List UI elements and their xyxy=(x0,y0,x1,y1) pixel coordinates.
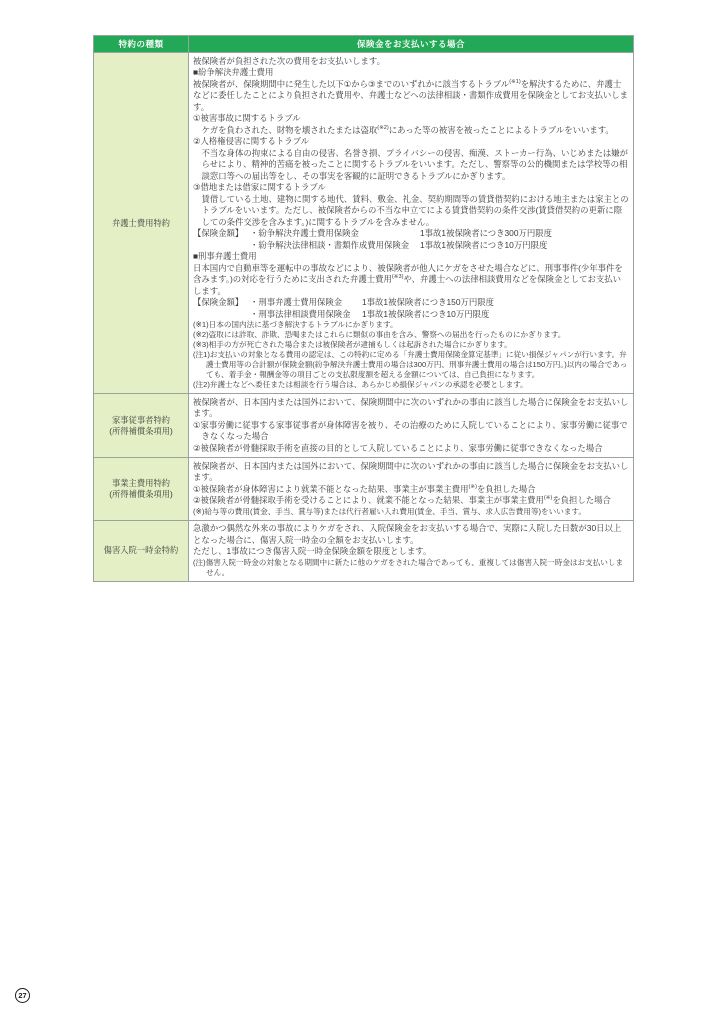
text-segment: ・紛争解決法律相談・書類作成費用保険金 xyxy=(250,240,420,252)
text-line: (注)傷害入院一時金の対象となる期間中に新たに他のケガをされた場合であっても、重… xyxy=(193,558,629,578)
text-line: (※)給与等の費用(賃金、手当、賞与等)または代行者雇い入れ費用(賃金、手当、賞… xyxy=(193,507,629,517)
text-line: ■紛争解決弁護士費用 xyxy=(193,67,629,79)
text-line: (※3)相手の方が死亡された場合または被保険者が逮捕もしくは起訴された場合にかぎ… xyxy=(193,340,629,350)
text-segment: ■紛争解決弁護士費用 xyxy=(193,67,273,77)
text-line: (注1)お支払いの対象となる費用の認定は、この特約に定める「弁護士費用保険金算定… xyxy=(193,350,629,380)
table-row: 事業主費用特約(所得補償条項用)被保険者が、日本国内または国外において、保険期間… xyxy=(94,458,634,521)
text-line: 【保険金額】・紛争解決弁護士費用保険金1事故1被保険者につき300万円限度 xyxy=(193,228,629,240)
text-line: ②人格権侵害に関するトラブル xyxy=(193,136,629,148)
table-row: 弁護士費用特約被保険者が負担された次の費用をお支払いします。■紛争解決弁護士費用… xyxy=(94,53,634,394)
text-line: 急激かつ偶然な外来の事故によりケガをされ、入院保険金をお支払いする場合で、実際に… xyxy=(193,523,629,546)
text-segment: (注)傷害入院一時金の対象となる期間中に新たに他のケガをされた場合であっても、重… xyxy=(193,558,623,577)
superscript-ref: (※2) xyxy=(377,125,389,131)
text-line: (※2)盗取には詐取、詐欺、恐喝またはこれらに類似の事由を含み、警察への届出を行… xyxy=(193,330,629,340)
text-segment: 【保険金額】 xyxy=(193,297,250,309)
text-segment: ・紛争解決弁護士費用保険金 xyxy=(250,228,420,240)
text-line: ②被保険者が骨髄採取手術を受けることにより、就業不能となった結果、事業主が事業主… xyxy=(193,495,629,507)
text-line: ケガを負わされた、財物を壊されたまたは盗取(※2)にあった等の被害を被ったことに… xyxy=(193,125,629,137)
header-rider-type: 特約の種類 xyxy=(94,36,189,53)
page-number-badge: 27 xyxy=(15,988,30,1003)
text-segment: 不当な身体の拘束による自由の侵害、名誉き損、プライバシーの侵害、痴漢、ストーカー… xyxy=(202,148,629,181)
text-line: 被保険者が、保険期間中に発生した以下①から③までのいずれかに該当するトラブル(※… xyxy=(193,79,629,114)
text-segment: ③借地または借家に関するトラブル xyxy=(193,182,326,192)
superscript-ref: (※3) xyxy=(392,274,404,280)
text-segment: ②被保険者が骨髄採取手術を直接の目的として入院していることにより、家事労働に従事… xyxy=(193,443,603,453)
text-line: 【保険金額】・刑事弁護士費用保険金1事故1被保険者につき150万円限度 xyxy=(193,297,629,309)
text-line: ②被保険者が骨髄採取手術を直接の目的として入院していることにより、家事労働に従事… xyxy=(193,443,629,455)
text-segment: 1事故1被保険者につき300万円限度 xyxy=(420,228,552,238)
superscript-ref: (※1) xyxy=(509,79,521,85)
text-segment: ①被害事故に関するトラブル xyxy=(193,113,301,123)
text-segment: 被保険者が負担された次の費用をお支払いします。 xyxy=(193,56,385,66)
text-line: 不当な身体の拘束による自由の侵害、名誉き損、プライバシーの侵害、痴漢、ストーカー… xyxy=(193,148,629,183)
rider-type-cell: 傷害入院一時金特約 xyxy=(94,520,189,581)
payment-case-cell: 被保険者が負担された次の費用をお支払いします。■紛争解決弁護士費用被保険者が、保… xyxy=(189,53,634,394)
text-line: ・刑事法律相談費用保険金1事故1被保険者につき10万円限度 xyxy=(193,309,629,321)
text-segment: 賃借している土地、建物に関する地代、賃料、敷金、礼金、契約期間等の賃貸借契約にお… xyxy=(202,194,629,227)
text-line: (※1)日本の国内法に基づき解決するトラブルにかぎります。 xyxy=(193,320,629,330)
text-segment: ただし、1事故につき傷害入院一時金保険金額を限度とします。 xyxy=(193,546,431,556)
text-segment: ■刑事弁護士費用 xyxy=(193,251,257,261)
text-line: 日本国内で自動車等を運転中の事故などにより、被保険者が他人にケガをさせた場合など… xyxy=(193,263,629,298)
text-segment: (※1)日本の国内法に基づき解決するトラブルにかぎります。 xyxy=(193,320,398,329)
text-segment: (注2)弁護士などへ委任または相談を行う場合は、あらかじめ損保ジャパンの承認を必… xyxy=(193,380,528,389)
text-line: 被保険者が、日本国内または国外において、保険期間中に次のいずれかの事由に該当した… xyxy=(193,397,629,420)
text-segment: 1事故1被保険者につき10万円限度 xyxy=(420,240,547,250)
header-row: 特約の種類 保険金をお支払いする場合 xyxy=(94,36,634,53)
text-segment: (※2)盗取には詐取、詐欺、恐喝またはこれらに類似の事由を含み、警察への届出を行… xyxy=(193,330,565,339)
rider-type-cell: 事業主費用特約(所得補償条項用) xyxy=(94,458,189,521)
rider-type-cell: 家事従事者特約(所得補償条項用) xyxy=(94,394,189,458)
text-segment: ①家事労働に従事する家事従事者が身体障害を被り、その治療のために入院していること… xyxy=(193,420,628,442)
text-segment: 【保険金額】 xyxy=(193,228,250,240)
text-segment: ①被保険者が身体障害により就業不能となった結果、事業主が事業主費用 xyxy=(193,484,469,494)
table-body: 弁護士費用特約被保険者が負担された次の費用をお支払いします。■紛争解決弁護士費用… xyxy=(94,53,634,582)
payment-case-cell: 被保険者が、日本国内または国外において、保険期間中に次のいずれかの事由に該当した… xyxy=(189,458,634,521)
superscript-ref: (※) xyxy=(469,484,477,490)
rider-benefits-table: 特約の種類 保険金をお支払いする場合 弁護士費用特約被保険者が負担された次の費用… xyxy=(93,35,634,582)
text-line: ③借地または借家に関するトラブル xyxy=(193,182,629,194)
text-segment: 1事故1被保険者につき150万円限度 xyxy=(362,297,494,307)
text-line: ①被保険者が身体障害により就業不能となった結果、事業主が事業主費用(※)を負担し… xyxy=(193,484,629,496)
rider-type-label: 弁護士費用特約 xyxy=(95,218,187,229)
text-line: ただし、1事故につき傷害入院一時金保険金額を限度とします。 xyxy=(193,546,629,558)
text-segment: 被保険者が、日本国内または国外において、保険期間中に次のいずれかの事由に該当した… xyxy=(193,461,628,483)
text-segment: ケガを負わされた、財物を壊されたまたは盗取 xyxy=(202,125,378,135)
rider-type-label: (所得補償条項用) xyxy=(95,426,187,437)
rider-type-label: (所得補償条項用) xyxy=(95,489,187,500)
text-segment: ②被保険者が骨髄採取手術を受けることにより、就業不能となった結果、事業主が事業主… xyxy=(193,495,544,505)
text-line: 被保険者が、日本国内または国外において、保険期間中に次のいずれかの事由に該当した… xyxy=(193,461,629,484)
rider-type-cell: 弁護士費用特約 xyxy=(94,53,189,394)
text-segment: (※3)相手の方が死亡された場合または被保険者が逮捕もしくは起訴された場合にかぎ… xyxy=(193,340,512,349)
text-line: ①被害事故に関するトラブル xyxy=(193,113,629,125)
text-segment: (※)給与等の費用(賃金、手当、賞与等)または代行者雇い入れ費用(賃金、手当、賞… xyxy=(193,507,586,516)
table-row: 家事従事者特約(所得補償条項用)被保険者が、日本国内または国外において、保険期間… xyxy=(94,394,634,458)
text-line: 賃借している土地、建物に関する地代、賃料、敷金、礼金、契約期間等の賃貸借契約にお… xyxy=(193,194,629,229)
rider-type-label: 傷害入院一時金特約 xyxy=(95,545,187,556)
header-payment-cases: 保険金をお支払いする場合 xyxy=(189,36,634,53)
text-segment: を負担した場合 xyxy=(477,484,536,494)
text-segment: 1事故1被保険者につき10万円限度 xyxy=(362,309,489,319)
table-row: 傷害入院一時金特約急激かつ偶然な外来の事故によりケガをされ、入院保険金をお支払い… xyxy=(94,520,634,581)
text-segment: (注1)お支払いの対象となる費用の認定は、この特約に定める「弁護士費用保険金算定… xyxy=(193,350,627,379)
rider-type-label: 家事従事者特約 xyxy=(95,415,187,426)
document-page: 特約の種類 保険金をお支払いする場合 弁護士費用特約被保険者が負担された次の費用… xyxy=(0,0,725,1024)
text-segment: 被保険者が、日本国内または国外において、保険期間中に次のいずれかの事由に該当した… xyxy=(193,397,628,419)
payment-case-cell: 急激かつ偶然な外来の事故によりケガをされ、入院保険金をお支払いする場合で、実際に… xyxy=(189,520,634,581)
payment-case-cell: 被保険者が、日本国内または国外において、保険期間中に次のいずれかの事由に該当した… xyxy=(189,394,634,458)
rider-type-label: 事業主費用特約 xyxy=(95,478,187,489)
text-line: ①家事労働に従事する家事従事者が身体障害を被り、その治療のために入院していること… xyxy=(193,420,629,443)
text-line: (注2)弁護士などへ委任または相談を行う場合は、あらかじめ損保ジャパンの承認を必… xyxy=(193,380,629,390)
text-segment: にあった等の被害を被ったことによるトラブルをいいます。 xyxy=(389,125,614,135)
text-segment: ②人格権侵害に関するトラブル xyxy=(193,136,309,146)
text-segment: を負担した場合 xyxy=(552,495,611,505)
text-line: ■刑事弁護士費用 xyxy=(193,251,629,263)
text-line: ・紛争解決法律相談・書類作成費用保険金1事故1被保険者につき10万円限度 xyxy=(193,240,629,252)
table-header: 特約の種類 保険金をお支払いする場合 xyxy=(94,36,634,53)
text-segment: ・刑事法律相談費用保険金 xyxy=(250,309,362,321)
text-line: 被保険者が負担された次の費用をお支払いします。 xyxy=(193,56,629,68)
text-segment: 被保険者が、保険期間中に発生した以下①から③までのいずれかに該当するトラブル xyxy=(193,79,509,89)
text-segment: ・刑事弁護士費用保険金 xyxy=(250,297,362,309)
text-segment: 急激かつ偶然な外来の事故によりケガをされ、入院保険金をお支払いする場合で、実際に… xyxy=(193,523,621,545)
